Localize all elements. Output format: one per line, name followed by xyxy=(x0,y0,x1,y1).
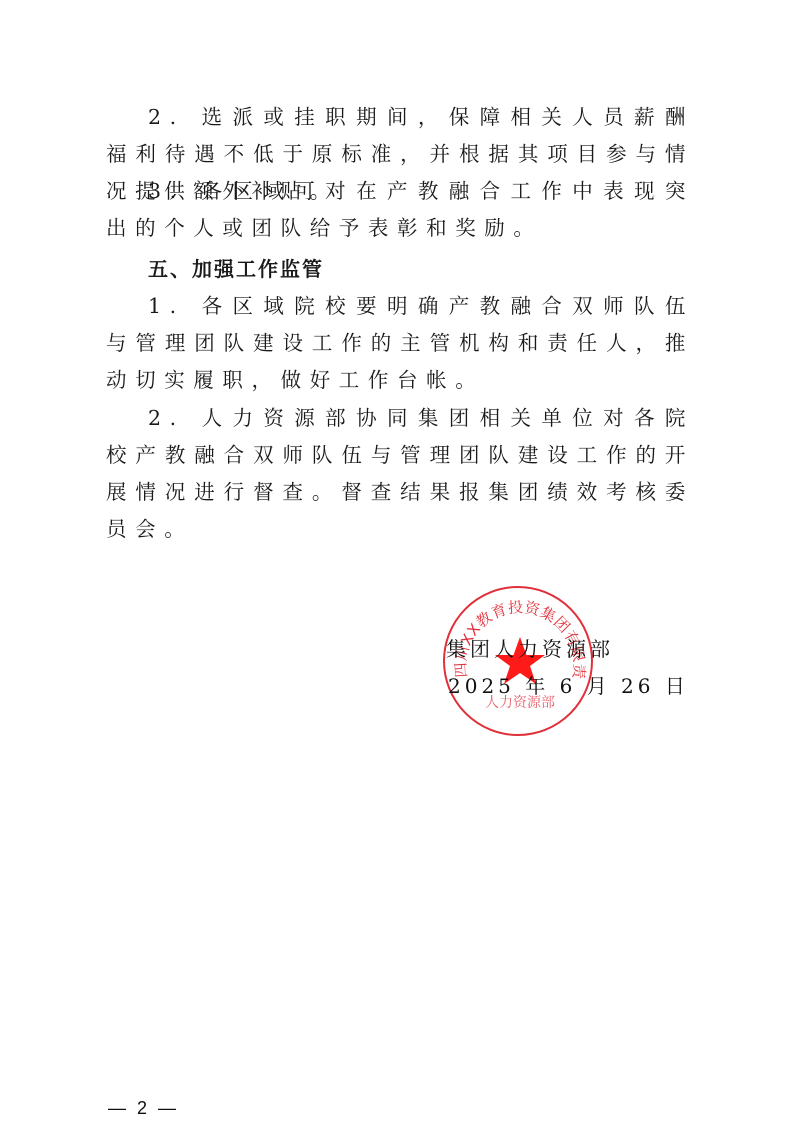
section-heading: 五、加强工作监管 xyxy=(148,253,324,282)
signature-date: 2025 年 6 月 26 日 xyxy=(448,670,689,699)
paragraph-commendation: 3. 各区域可对在产教融合工作中表现突出的个人或团队给予表彰和奖励。 xyxy=(106,173,694,247)
stamp-graphic: 四川XX教育投资集团有限责任公司 人力资源部 xyxy=(442,585,598,741)
signature-department: 集团人力资源部 xyxy=(446,633,614,662)
document-page: 2. 选派或挂职期间，保障相关人员薪酬福利待遇不低于原标准，并根据其项目参与情况… xyxy=(0,0,793,1122)
paragraph-supervision: 2. 人力资源部协同集团相关单位对各院校产教融合双师队伍与管理团队建设工作的开展… xyxy=(106,400,694,548)
page-number: — 2 — xyxy=(108,1098,179,1119)
paragraph-responsibility: 1. 各区域院校要明确产教融合双师队伍与管理团队建设工作的主管机构和责任人，推动… xyxy=(106,288,694,399)
